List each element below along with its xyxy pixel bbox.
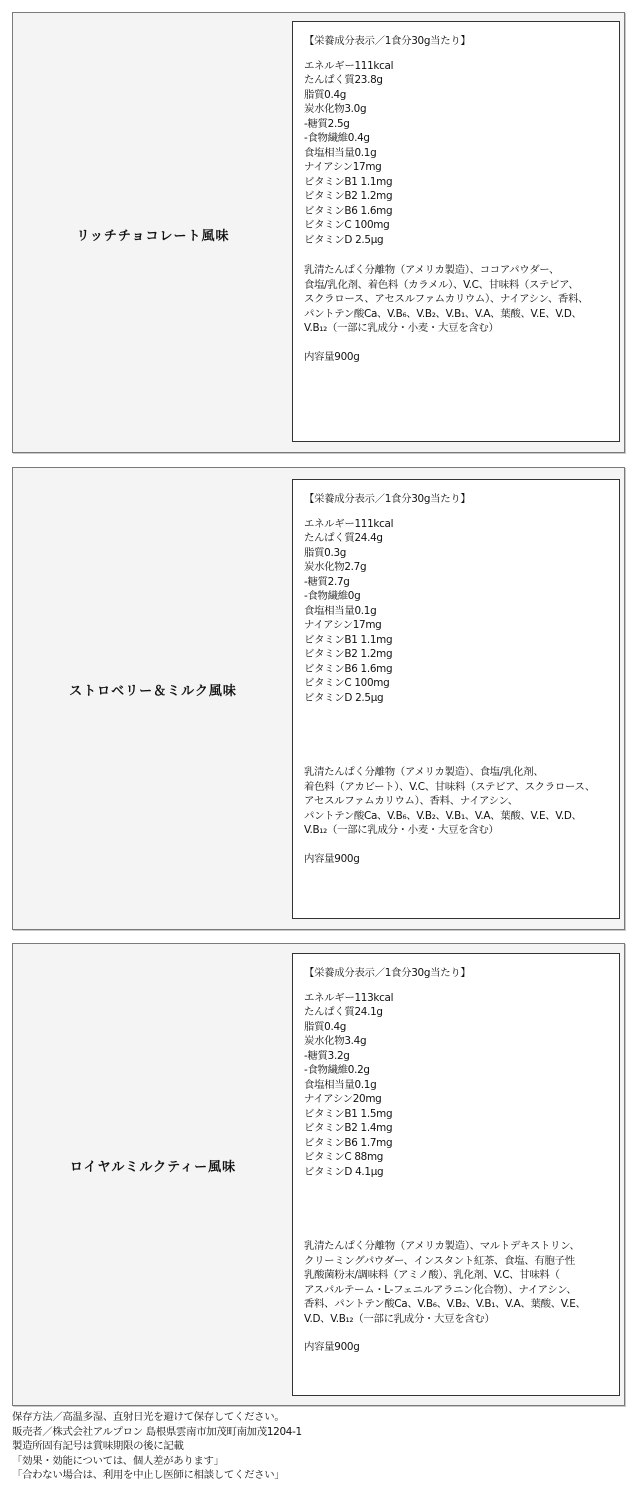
nutrition-item: ビタミンB1 1.1mg xyxy=(304,175,611,190)
seller-note: 販売者／株式会社アルプロン 島根県雲南市加茂町南加茂1204-1 xyxy=(12,1425,302,1440)
ingredients-line: 乳清たんぱく分離物（アメリカ製造）、食塩/乳化剤、 xyxy=(304,765,611,780)
ingredients-line: スクラロース、アセスルファムカリウム）、ナイアシン、香料、 xyxy=(304,292,611,307)
content-amount: 内容量900g xyxy=(304,852,611,867)
nutrition-item: ビタミンB1 1.5mg xyxy=(304,1107,611,1122)
ingredients-line: アセスルファムカリウム）、香料、ナイアシン、 xyxy=(304,794,611,809)
nutrition-item: 炭水化物3.4g xyxy=(304,1034,611,1049)
nutrition-item: エネルギー111kcal xyxy=(304,59,611,74)
nutrition-item: ビタミンB2 1.2mg xyxy=(304,647,611,662)
nutrition-item: たんぱく質24.4g xyxy=(304,531,611,546)
nutrition-item: ビタミンB2 1.4mg xyxy=(304,1121,611,1136)
ingredients-list: 乳清たんぱく分離物（アメリカ製造）、食塩/乳化剤、 着色料（アカビート）、V.C… xyxy=(304,765,611,838)
nutrition-item: ビタミンD 2.5μg xyxy=(304,691,611,706)
nutrition-item: エネルギー111kcal xyxy=(304,517,611,532)
nutrition-item: ナイアシン20mg xyxy=(304,1092,611,1107)
footer-notes: 保存方法／高温多湿、直射日光を避けて保存してください。 販売者／株式会社アルプロ… xyxy=(12,1410,302,1483)
product-panel-rich-chocolate: リッチチョコレート風味 【栄養成分表示／1食分30g当たり】 エネルギー111k… xyxy=(12,12,625,453)
flavor-title: ストロベリー＆ミルク風味 xyxy=(13,680,293,699)
flavor-title: リッチチョコレート風味 xyxy=(13,225,293,244)
ingredients-line: アスパルテーム・L-フェニルアラニン化合物）、ナイアシン、 xyxy=(304,1283,611,1298)
nutrition-list: エネルギー111kcal たんぱく質23.8g 脂質0.4g 炭水化物3.0g … xyxy=(304,59,611,248)
nutrition-item: ビタミンB2 1.2mg xyxy=(304,189,611,204)
ingredients-line: 乳清たんぱく分離物（アメリカ製造）、ココアパウダー、 xyxy=(304,263,611,278)
ingredients-line: 食塩/乳化剤、着色料（カラメル）、V.C、甘味料（ステビア、 xyxy=(304,278,611,293)
nutrition-item: ナイアシン17mg xyxy=(304,618,611,633)
ingredients-line: 香料、パントテン酸Ca、V.B₆、V.B₂、V.B₁、V.A、葉酸、V.E、 xyxy=(304,1297,611,1312)
nutrition-item: 食塩相当量0.1g xyxy=(304,1078,611,1093)
nutrition-item: -糖質2.7g xyxy=(304,575,611,590)
consult-doctor-note: 「合わない場合は、利用を中止し医師に相談してください」 xyxy=(12,1468,302,1483)
nutrition-header: 【栄養成分表示／1食分30g当たり】 xyxy=(304,492,611,507)
nutrition-item: 炭水化物2.7g xyxy=(304,560,611,575)
nutrition-item: ビタミンD 4.1μg xyxy=(304,1165,611,1180)
nutrition-item: 食塩相当量0.1g xyxy=(304,146,611,161)
nutrition-item: ビタミンC 88mg xyxy=(304,1150,611,1165)
nutrition-list: エネルギー113kcal たんぱく質24.1g 脂質0.4g 炭水化物3.4g … xyxy=(304,991,611,1180)
nutrition-item: ビタミンB6 1.7mg xyxy=(304,1136,611,1151)
content-amount: 内容量900g xyxy=(304,1340,611,1355)
effect-disclaimer: 「効果・効能については、個人差があります」 xyxy=(12,1454,302,1469)
nutrition-item: -糖質3.2g xyxy=(304,1049,611,1064)
ingredients-line: V.B₁₂（一部に乳成分・小麦・大豆を含む） xyxy=(304,823,611,838)
nutrition-item: -糖質2.5g xyxy=(304,117,611,132)
ingredients-line: パントテン酸Ca、V.B₆、V.B₂、V.B₁、V.A、葉酸、V.E、V.D、 xyxy=(304,307,611,322)
nutrition-item: エネルギー113kcal xyxy=(304,991,611,1006)
nutrition-item: 食塩相当量0.1g xyxy=(304,604,611,619)
nutrition-header: 【栄養成分表示／1食分30g当たり】 xyxy=(304,966,611,981)
content-amount: 内容量900g xyxy=(304,350,611,365)
product-panel-strawberry-milk: ストロベリー＆ミルク風味 【栄養成分表示／1食分30g当たり】 エネルギー111… xyxy=(12,467,625,930)
nutrition-item: -食物繊維0g xyxy=(304,589,611,604)
nutrition-item: 炭水化物3.0g xyxy=(304,102,611,117)
nutrition-item: ビタミンB6 1.6mg xyxy=(304,204,611,219)
nutrition-item: たんぱく質23.8g xyxy=(304,73,611,88)
nutrition-item: ビタミンD 2.5μg xyxy=(304,233,611,248)
nutrition-item: 脂質0.3g xyxy=(304,546,611,561)
ingredients-line: V.D、V.B₁₂（一部に乳成分・大豆を含む） xyxy=(304,1312,611,1327)
nutrition-header: 【栄養成分表示／1食分30g当たり】 xyxy=(304,34,611,49)
nutrition-item: ナイアシン17mg xyxy=(304,160,611,175)
nutrition-info-box: 【栄養成分表示／1食分30g当たり】 エネルギー111kcal たんぱく質23.… xyxy=(292,21,620,442)
ingredients-line: クリーミングパウダー、インスタント紅茶、食塩、有胞子性 xyxy=(304,1254,611,1269)
nutrition-item: 脂質0.4g xyxy=(304,88,611,103)
ingredients-line: 乳清たんぱく分離物（アメリカ製造）、マルトデキストリン、 xyxy=(304,1239,611,1254)
storage-note: 保存方法／高温多湿、直射日光を避けて保存してください。 xyxy=(12,1410,302,1425)
nutrition-item: ビタミンC 100mg xyxy=(304,218,611,233)
ingredients-line: パントテン酸Ca、V.B₆、V.B₂、V.B₁、V.A、葉酸、V.E、V.D、 xyxy=(304,809,611,824)
manufacturer-code-note: 製造所固有記号は賞味期限の後に記載 xyxy=(12,1439,302,1454)
nutrition-item: 脂質0.4g xyxy=(304,1020,611,1035)
nutrition-list: エネルギー111kcal たんぱく質24.4g 脂質0.3g 炭水化物2.7g … xyxy=(304,517,611,706)
flavor-title: ロイヤルミルクティー風味 xyxy=(13,1156,293,1175)
ingredients-list: 乳清たんぱく分離物（アメリカ製造）、マルトデキストリン、 クリーミングパウダー、… xyxy=(304,1239,611,1326)
ingredients-line: 乳酸菌粉末/調味料（アミノ酸）、乳化剤、V.C、甘味料（ xyxy=(304,1268,611,1283)
ingredients-line: 着色料（アカビート）、V.C、甘味料（ステビア、スクラロース、 xyxy=(304,780,611,795)
nutrition-item: ビタミンC 100mg xyxy=(304,676,611,691)
ingredients-list: 乳清たんぱく分離物（アメリカ製造）、ココアパウダー、 食塩/乳化剤、着色料（カラ… xyxy=(304,263,611,336)
nutrition-item: ビタミンB6 1.6mg xyxy=(304,662,611,677)
nutrition-info-box: 【栄養成分表示／1食分30g当たり】 エネルギー113kcal たんぱく質24.… xyxy=(292,953,620,1396)
nutrition-item: -食物繊維0.2g xyxy=(304,1063,611,1078)
ingredients-line: V.B₁₂（一部に乳成分・小麦・大豆を含む） xyxy=(304,321,611,336)
product-panel-royal-milk-tea: ロイヤルミルクティー風味 【栄養成分表示／1食分30g当たり】 エネルギー113… xyxy=(12,943,625,1406)
nutrition-item: たんぱく質24.1g xyxy=(304,1005,611,1020)
nutrition-info-box: 【栄養成分表示／1食分30g当たり】 エネルギー111kcal たんぱく質24.… xyxy=(292,479,620,919)
nutrition-item: ビタミンB1 1.1mg xyxy=(304,633,611,648)
nutrition-item: -食物繊維0.4g xyxy=(304,131,611,146)
